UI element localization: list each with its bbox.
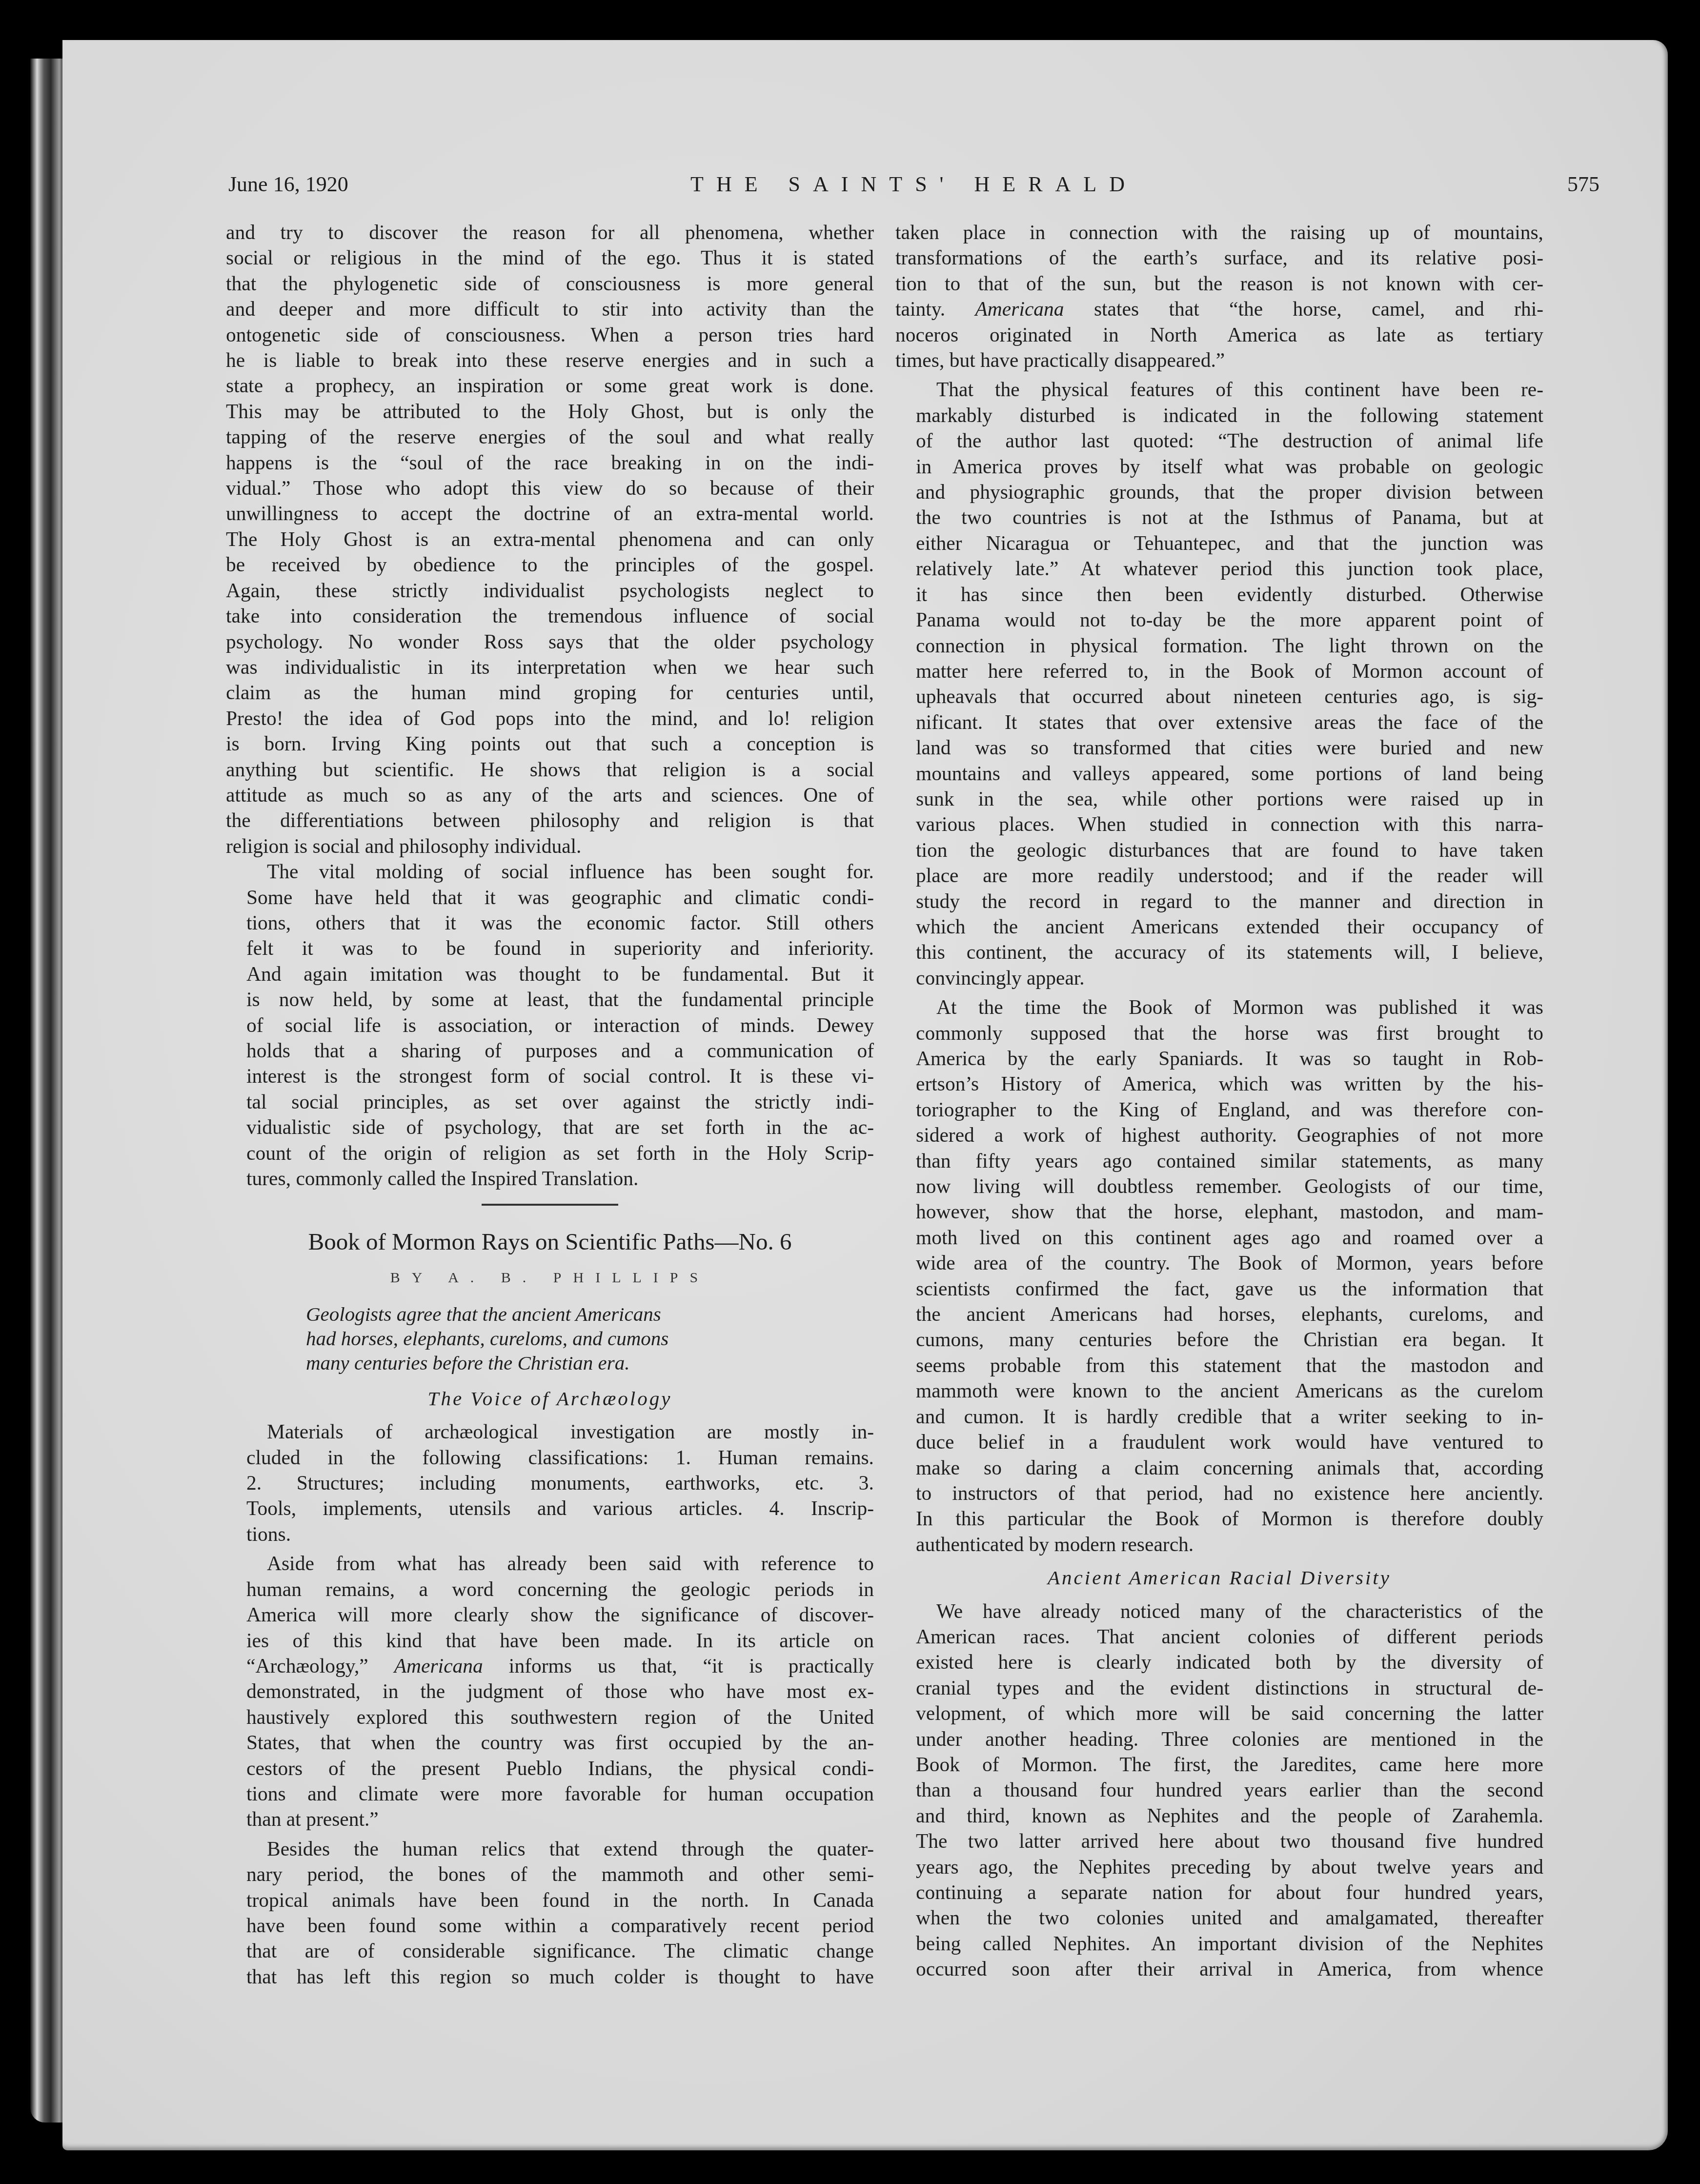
book-spine-edge <box>30 59 64 2123</box>
text-line: Tools, implements, utensils and various … <box>226 1496 874 1521</box>
text-line: transformations of the earth’s surface, … <box>895 245 1543 270</box>
text-line: cranial types and the evident distinctio… <box>895 1675 1543 1700</box>
text-line: seems probable from this statement that … <box>895 1353 1543 1378</box>
article-byline: BY A. B. PHILLIPS <box>226 1265 874 1291</box>
text-line: sunk in the sea, while other portions we… <box>895 786 1543 811</box>
text-line: toriographer to the King of England, and… <box>895 1097 1543 1122</box>
text-line: tures, commonly called the Inspired Tran… <box>226 1166 874 1191</box>
text-line: human remains, a word concerning the geo… <box>226 1577 874 1602</box>
text-line: tal social principles, as set over again… <box>226 1089 874 1114</box>
text-line: it has since then been evidently disturb… <box>895 582 1543 607</box>
text-line: vidualistic side of psychology, that are… <box>226 1114 874 1140</box>
text-line: America will more clearly show the signi… <box>226 1602 874 1627</box>
text-line: upheavals that occurred about nineteen c… <box>895 684 1543 709</box>
text-line: which the ancient Americans extended the… <box>895 914 1543 939</box>
article-summary: Geologists agree that the ancient Americ… <box>306 1302 794 1375</box>
text-line: than at present.” <box>226 1806 874 1832</box>
text-line: haustively explored this southwestern re… <box>226 1704 874 1730</box>
text-line: tainty. Americana states that “the horse… <box>895 296 1543 322</box>
text-line: is born. Irving King points out that suc… <box>226 731 874 756</box>
text-line: count of the origin of religion as set f… <box>226 1140 874 1166</box>
text-line: land was so transformed that cities were… <box>895 735 1543 760</box>
text-line: Presto! the idea of God pops into the mi… <box>226 706 874 731</box>
text-line: The Holy Ghost is an extra-mental phenom… <box>226 526 874 552</box>
text-line: nificant. It states that over extensive … <box>895 709 1543 735</box>
text-line: “Archæology,” Americana informs us that,… <box>226 1653 874 1678</box>
text-line: make so daring a claim concerning animal… <box>895 1455 1543 1480</box>
text-line: of the author last quoted: “The destruct… <box>895 428 1543 453</box>
text-line: Book of Mormon. The first, the Jaredites… <box>895 1752 1543 1777</box>
text-line: claim as the human mind groping for cent… <box>226 680 874 705</box>
text-line: At the time the Book of Mormon was publi… <box>895 994 1543 1020</box>
text-line: scientists confirmed the fact, gave us t… <box>895 1276 1543 1301</box>
text-line: state a prophecy, an inspiration or some… <box>226 373 874 398</box>
text-line: relatively late.” At whatever period thi… <box>895 556 1543 581</box>
text-line: authenticated by modern research. <box>895 1532 1543 1557</box>
text-line: Aside from what has already been said wi… <box>226 1551 874 1576</box>
text-line: cestors of the present Pueblo Indians, t… <box>226 1756 874 1781</box>
text-line: take into consideration the tremendous i… <box>226 603 874 628</box>
text-line: now living will doubtless remember. Geol… <box>895 1173 1543 1199</box>
materials-paragraph: Materials of archæological investigation… <box>226 1419 874 1547</box>
text-line: in America proves by itself what was pro… <box>895 454 1543 479</box>
human-relics-paragraph: Besides the human relics that extend thr… <box>226 1836 874 1989</box>
text-line: and try to discover the reason for all p… <box>226 220 874 245</box>
text-line: mammoth were known to the ancient Americ… <box>895 1378 1543 1403</box>
text-line: years ago, the Nephites preceding by abo… <box>895 1854 1543 1880</box>
text-line: commonly supposed that the horse was fir… <box>895 1020 1543 1046</box>
text-line: Again, these strictly individualist psyc… <box>226 578 874 603</box>
text-line: matter here referred to, in the Book of … <box>895 658 1543 684</box>
continued-paragraph-right: taken place in connection with the raisi… <box>895 220 1543 373</box>
text-line: convincingly appear. <box>895 965 1543 991</box>
text-line: And again imitation was thought to be fu… <box>226 961 874 987</box>
text-line: he is liable to break into these reserve… <box>226 347 874 373</box>
text-line: tion the geologic disturbances that are … <box>895 837 1543 863</box>
publication-title: THE SAINTS' HERALD <box>228 172 1599 197</box>
continued-paragraph: and try to discover the reason for all p… <box>226 220 874 859</box>
text-line: psychology. No wonder Ross says that the… <box>226 629 874 654</box>
text-line: markably disturbed is indicated in the f… <box>895 403 1543 428</box>
text-line: happens is the “soul of the race breakin… <box>226 450 874 475</box>
text-line: and physiographic grounds, that the prop… <box>895 479 1543 505</box>
text-line: is now held, by some at least, that the … <box>226 987 874 1012</box>
text-line: anything but scientific. He shows that r… <box>226 757 874 782</box>
text-line: felt it was to be found in superiority a… <box>226 935 874 961</box>
text-line: We have already noticed many of the char… <box>895 1598 1543 1624</box>
text-line: demonstrated, in the judgment of those w… <box>226 1678 874 1704</box>
text-line: and deeper and more difficult to stir in… <box>226 296 874 322</box>
americana-italic: Americana <box>394 1655 483 1677</box>
text-line: the two countries is not at the Isthmus … <box>895 505 1543 530</box>
text-line: Besides the human relics that extend thr… <box>226 1836 874 1861</box>
text-line: Materials of archæological investigation… <box>226 1419 874 1444</box>
text-line: have been found some within a comparativ… <box>226 1913 874 1938</box>
text-line: ertson’s History of America, which was w… <box>895 1071 1543 1096</box>
text-line: was individualistic in its interpretatio… <box>226 654 874 680</box>
text-line: be received by obedience to the principl… <box>226 552 874 577</box>
text-line: The two latter arrived here about two th… <box>895 1828 1543 1854</box>
text-line: when the two colonies united and amalgam… <box>895 1905 1543 1930</box>
text-line: holds that a sharing of purposes and a c… <box>226 1038 874 1063</box>
text-line: wide area of the country. The Book of Mo… <box>895 1250 1543 1275</box>
physical-features-paragraph: That the physical features of this conti… <box>895 377 1543 991</box>
text-line: existed here is clearly indicated both b… <box>895 1649 1543 1675</box>
right-column: taken place in connection with the raisi… <box>895 220 1543 1982</box>
text-line: interest is the strongest form of social… <box>226 1063 874 1089</box>
text-line: The vital molding of social influence ha… <box>226 859 874 884</box>
magazine-page: June 16, 1920 THE SAINTS' HERALD 575 and… <box>62 40 1668 2150</box>
text-line: being called Nephites. An important divi… <box>895 1931 1543 1956</box>
text-line: times, but have practically disappeared.… <box>895 347 1543 373</box>
text-line: tapping of the reserve energies of the s… <box>226 424 874 449</box>
text-line: occurred soon after their arrival in Ame… <box>895 1956 1543 1982</box>
text-line: this continent, the accuracy of its stat… <box>895 939 1543 965</box>
section-divider <box>482 1204 618 1206</box>
text-line: that the phylogenetic side of consciousn… <box>226 271 874 296</box>
text-line: noceros originated in North America as l… <box>895 322 1543 347</box>
text-line: unwillingness to accept the doctrine of … <box>226 501 874 526</box>
text-line: This may be attributed to the Holy Ghost… <box>226 399 874 424</box>
text-line: tion to that of the sun, but the reason … <box>895 271 1543 296</box>
subheading-racial-diversity: Ancient American Racial Diversity <box>895 1565 1543 1590</box>
text-line: that are of considerable significance. T… <box>226 1938 874 1963</box>
colonies-paragraph: We have already noticed many of the char… <box>895 1598 1543 1982</box>
text-line: and third, known as Nephites and the peo… <box>895 1803 1543 1828</box>
text-line: America by the early Spaniards. It was s… <box>895 1046 1543 1071</box>
horse-paragraph: At the time the Book of Mormon was publi… <box>895 994 1543 1557</box>
americana-italic: Americana <box>975 298 1064 320</box>
text-line: tions and climate were more favorable fo… <box>226 1781 874 1806</box>
text-line: mountains and valleys appeared, some por… <box>895 761 1543 786</box>
text-line: tions. <box>226 1521 874 1547</box>
text-line: that has left this region so much colder… <box>226 1964 874 1989</box>
left-column: and try to discover the reason for all p… <box>226 220 874 1989</box>
summary-line: had horses, elephants, cureloms, and cum… <box>306 1326 794 1351</box>
running-header: June 16, 1920 THE SAINTS' HERALD 575 <box>228 172 1599 201</box>
text-line: either Nicaragua or Tehuantepec, and tha… <box>895 530 1543 556</box>
social-influence-paragraph: The vital molding of social influence ha… <box>226 859 874 1191</box>
text-line: duce belief in a fraudulent work would h… <box>895 1429 1543 1455</box>
text-line: than a thousand four hundred years earli… <box>895 1777 1543 1802</box>
text-line: the differentiations between philosophy … <box>226 808 874 833</box>
subheading-voice-of-archaeology: The Voice of Archæology <box>226 1386 874 1411</box>
text-line: attitude as much so as any of the arts a… <box>226 782 874 808</box>
text-line: of social life is association, or intera… <box>226 1012 874 1038</box>
text-line: American races. That ancient colonies of… <box>895 1624 1543 1649</box>
text-line: study the record in regard to the manner… <box>895 889 1543 914</box>
text-line: velopment, of which more will be said co… <box>895 1700 1543 1726</box>
text-line: ies of this kind that have been made. In… <box>226 1628 874 1653</box>
text-line: place are more readily understood; and i… <box>895 863 1543 888</box>
text-line: ontogenetic side of consciousness. When … <box>226 322 874 347</box>
text-line: to instructors of that period, had no ex… <box>895 1480 1543 1506</box>
text-line: moth lived on this continent ages ago an… <box>895 1225 1543 1250</box>
text-line: various places. When studied in connecti… <box>895 811 1543 837</box>
text-line: That the physical features of this conti… <box>895 377 1543 402</box>
text-line: however, show that the horse, elephant, … <box>895 1199 1543 1224</box>
text-line: and cumon. It is hardly credible that a … <box>895 1404 1543 1429</box>
text-line: sidered a work of highest authority. Geo… <box>895 1122 1543 1148</box>
text-line: under another heading. Three colonies ar… <box>895 1726 1543 1752</box>
text-line: In this particular the Book of Mormon is… <box>895 1506 1543 1531</box>
text-line: cumons, many centuries before the Christ… <box>895 1327 1543 1352</box>
text-line: nary period, the bones of the mammoth an… <box>226 1861 874 1887</box>
article-title: Book of Mormon Rays on Scientific Paths—… <box>226 1227 874 1256</box>
text-line: than fifty years ago contained similar s… <box>895 1148 1543 1173</box>
summary-line: Geologists agree that the ancient Americ… <box>306 1302 794 1326</box>
text-line: vidual.” Those who adopt this view do so… <box>226 475 874 501</box>
text-line: taken place in connection with the raisi… <box>895 220 1543 245</box>
text-line: connection in physical formation. The li… <box>895 633 1543 658</box>
geologic-periods-paragraph: Aside from what has already been said wi… <box>226 1551 874 1832</box>
text-line: religion is social and philosophy indivi… <box>226 833 874 859</box>
text-line: Panama would not to-day be the more appa… <box>895 607 1543 632</box>
summary-line: many centuries before the Christian era. <box>306 1351 794 1375</box>
text-line: continuing a separate nation for about f… <box>895 1880 1543 1905</box>
text-line: the ancient Americans had horses, elepha… <box>895 1301 1543 1327</box>
text-line: Some have held that it was geographic an… <box>226 885 874 910</box>
text-line: tions, others that it was the economic f… <box>226 910 874 935</box>
text-line: social or religious in the mind of the e… <box>226 245 874 270</box>
page-number: 575 <box>1567 172 1599 197</box>
text-line: States, that when the country was first … <box>226 1730 874 1755</box>
text-line: 2. Structures; including monuments, eart… <box>226 1470 874 1496</box>
text-line: tropical animals have been found in the … <box>226 1887 874 1913</box>
text-line: cluded in the following classifications:… <box>226 1445 874 1470</box>
